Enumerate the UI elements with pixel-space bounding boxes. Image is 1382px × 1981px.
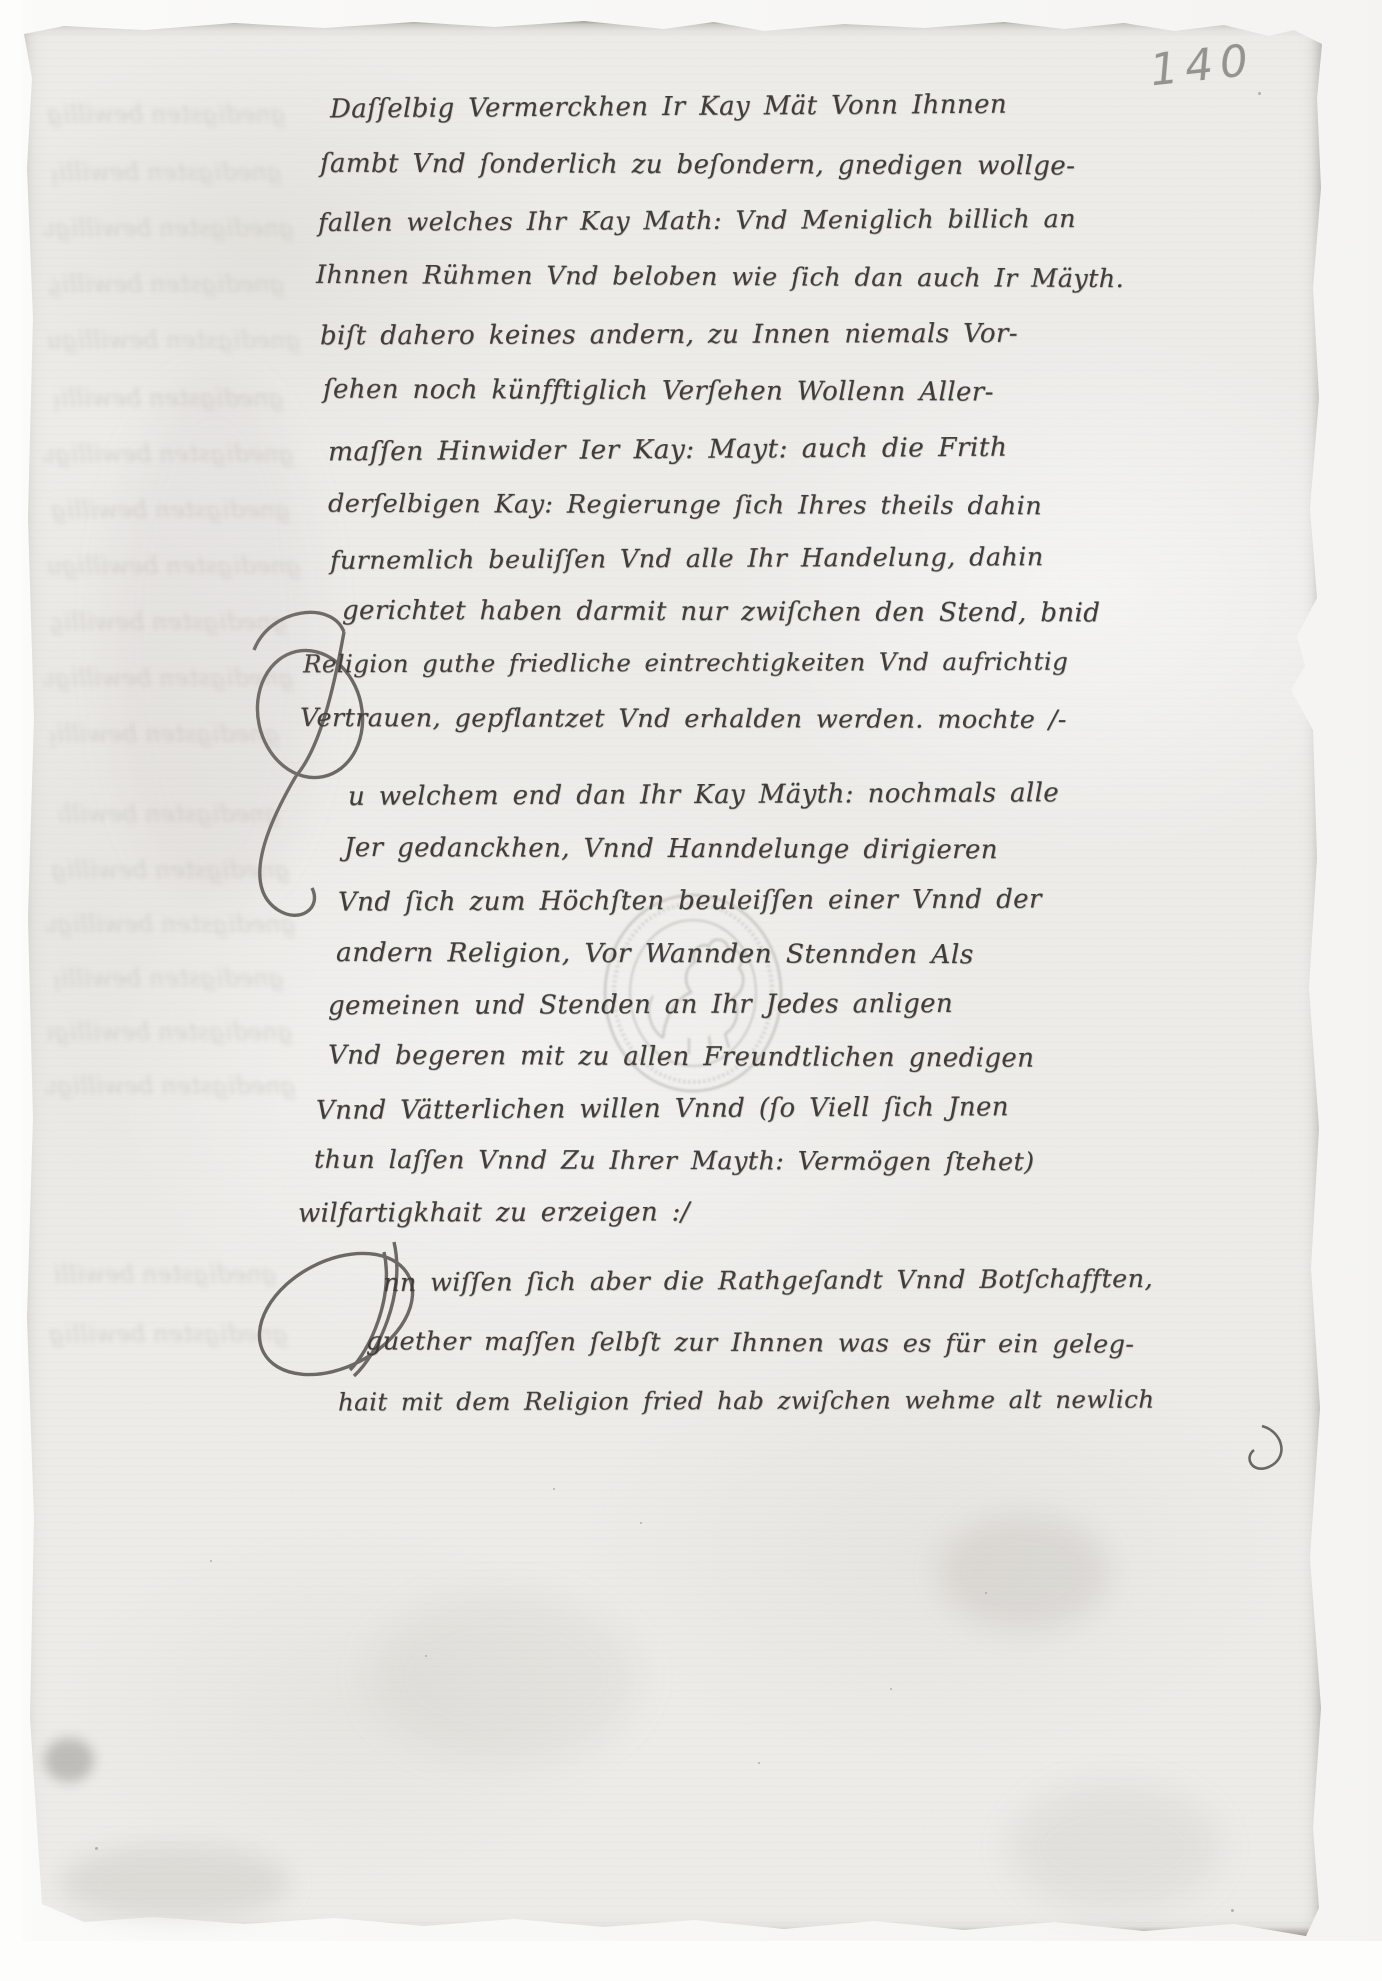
ink-speck <box>95 1847 98 1850</box>
manuscript-line: gerichtet haben darmit nur zwiſchen den … <box>342 596 1100 629</box>
manuscript-line: andern Religion, Vor Wannden Stennden Al… <box>336 937 974 970</box>
show-through-line: gnedigsten bewilligung vnnd schreiben de… <box>48 1018 293 1046</box>
ink-speck <box>1231 1909 1234 1912</box>
manuscript-line: derſelbigen Kay: Regierunge ſich Ihres t… <box>328 489 1042 521</box>
paper-stain <box>370 1595 640 1760</box>
show-through-line: gnedigsten bewilligung vnnd schreiben de… <box>46 100 286 128</box>
ink-speck <box>985 1592 987 1594</box>
manuscript-line: fallen welches Ihr Kay Math: Vnd Menigli… <box>318 204 1076 238</box>
show-through-line: gnedigsten bewilligung vnnd schreiben de… <box>46 1072 296 1100</box>
manuscript-line: Vertrauen, gepflantzet Vnd erhalden werd… <box>300 703 1067 735</box>
show-through-line: gnedigsten bewilligung vnnd schreiben de… <box>50 270 285 298</box>
ink-speck <box>890 1688 892 1690</box>
manuscript-line: ſehen noch künfftiglich Verſehen Wollenn… <box>323 375 994 408</box>
manuscript-line: furnemlich beuliſſen Vnd alle Ihr Handel… <box>330 542 1044 576</box>
paper-stain <box>44 1738 94 1782</box>
paper-stain <box>110 380 320 900</box>
ink-speck <box>425 1655 427 1657</box>
manuscript-line: wilfartigkhait zu erzeigen :/ <box>298 1197 690 1228</box>
manuscript-line: Ihnnen Rühmen Vnd beloben wie ſich dan a… <box>316 260 1124 294</box>
manuscript-line: thun laſſen Vnnd Zu Ihrer Mayth: Vermöge… <box>314 1145 1035 1178</box>
manuscript-line: guether maſſen ſelbſt zur Ihnnen was es … <box>366 1326 1134 1359</box>
initial-letter-V-icon <box>244 1222 429 1402</box>
manuscript-line: hait mit dem Religion fried hab zwiſchen… <box>338 1385 1155 1417</box>
flourish-mark-icon <box>1240 1422 1300 1482</box>
manuscript-line: Daſſelbig Vermerckhen Ir Kay Mät Vonn Ih… <box>330 90 1007 125</box>
ink-speck <box>553 1488 555 1490</box>
paper-stain <box>940 1515 1110 1630</box>
ink-speck <box>210 1560 212 1562</box>
manuscript-line: Religion guthe friedliche eintrechtigkei… <box>303 647 1068 679</box>
manuscript-line: biſt dahero keines andern, zu Innen niem… <box>320 319 1018 351</box>
paper-stain <box>1010 1785 1220 1910</box>
ink-speck <box>1258 92 1261 95</box>
show-through-line: gnedigsten bewilligung vnnd schreiben de… <box>44 214 294 242</box>
ink-speck <box>640 1522 642 1524</box>
manuscript-line: u welchem end dan Ihr Kay Mäyth: nochmal… <box>348 778 1059 812</box>
show-through-line: gnedigsten bewilligung vnnd schreiben de… <box>52 158 282 186</box>
manuscript-line: nn wiſſen ſich aber die Rathgeſandt Vnnd… <box>383 1264 1153 1298</box>
manuscript-line: gemeinen und Stenden an Ihr Jedes anlige… <box>328 989 953 1021</box>
folio-number: 140 <box>1148 35 1258 97</box>
paper-stain <box>60 1845 290 1920</box>
manuscript-line: Jer gedanckhen, Vnnd Hanndelunge dirigie… <box>344 833 998 865</box>
manuscript-line: Vnd begeren mit zu allen Freundtlichen g… <box>328 1040 1034 1073</box>
show-through-line: gnedigsten bewilligung vnnd schreiben de… <box>46 326 301 354</box>
manuscript-line: ſambt Vnd ſonderlich zu beſondern, gnedi… <box>320 149 1075 182</box>
manuscript-line: Vnnd Vätterlichen willen Vnnd (ſo Viell … <box>316 1092 1009 1126</box>
manuscript-line: maſſen Hinwider Ier Kay: Mayt: auch die … <box>328 432 1008 468</box>
show-through-line: gnedigsten bewilligung vnnd schreiben de… <box>54 964 284 992</box>
manuscript-line: Vnd ſich zum Höchſten beuleiſſen einer V… <box>338 884 1042 917</box>
ink-speck <box>758 1762 760 1764</box>
